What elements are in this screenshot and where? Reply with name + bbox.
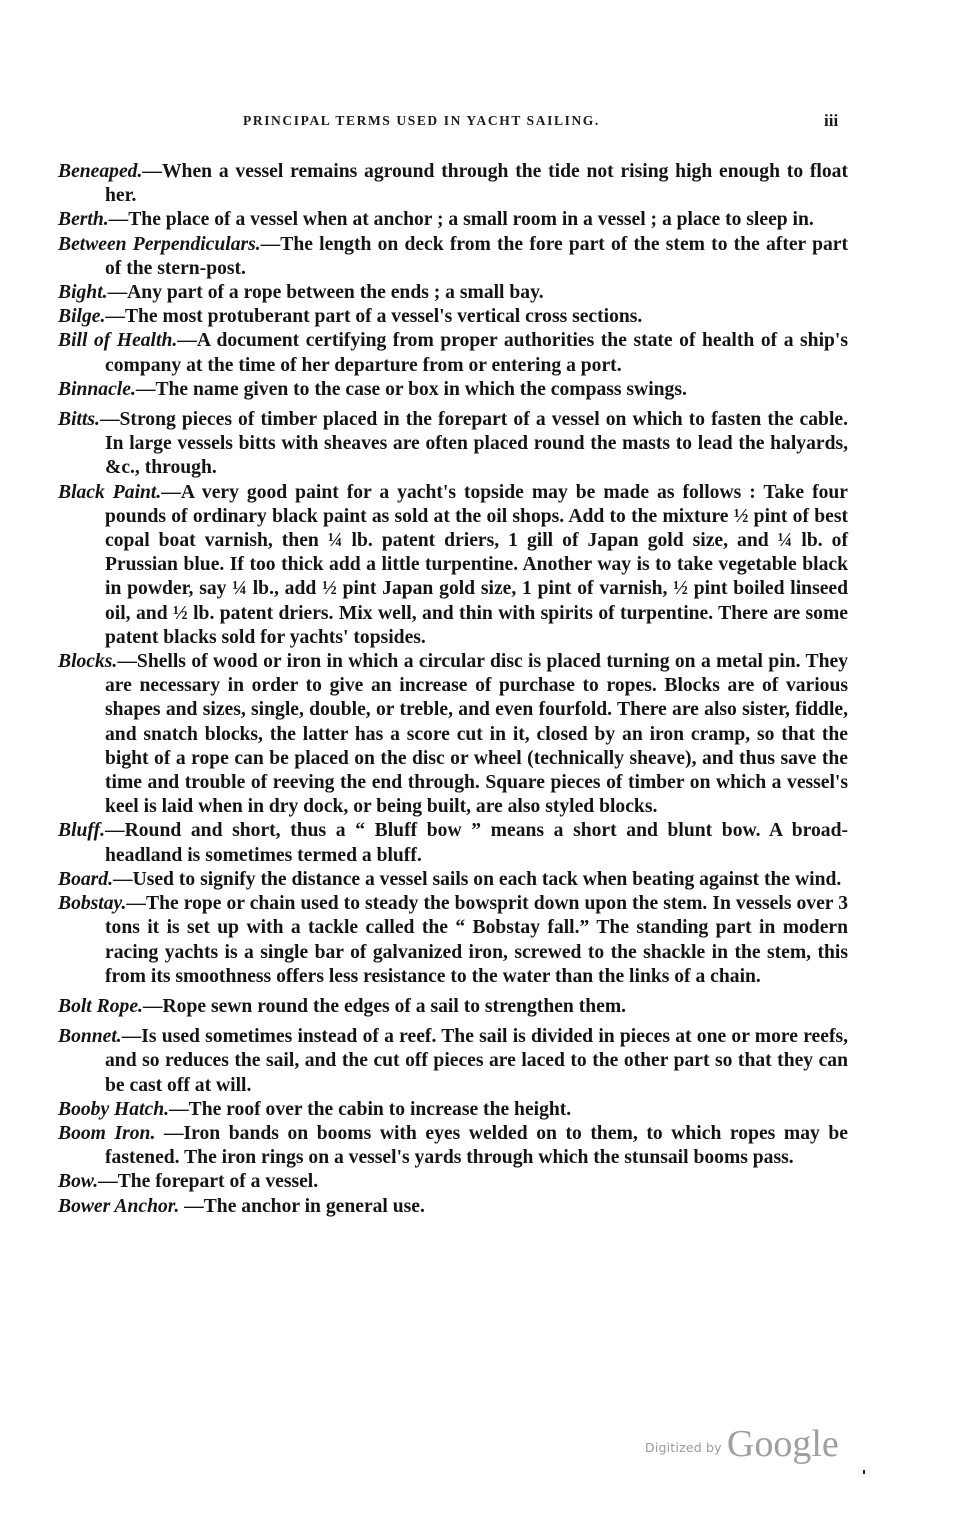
- entry-term: Bonnet.: [58, 1026, 122, 1047]
- entry-term: Boom Iron.: [58, 1123, 155, 1144]
- entry-term: Bobstay.: [58, 893, 126, 914]
- glossary-entry-bluff: Bluff.—Round and short, thus a “ Bluff b…: [58, 819, 848, 867]
- glossary-entry-bobstay: Bobstay.—The rope or chain used to stead…: [58, 892, 848, 989]
- glossary-entry-bill-of-health: Bill of Health.—A document certifying fr…: [58, 329, 848, 377]
- glossary-body: Beneaped.—When a vessel remains aground …: [58, 160, 848, 1219]
- entry-definition: —When a vessel remains aground through t…: [105, 161, 848, 206]
- entry-term: Bight.: [58, 282, 108, 303]
- entry-definition: —The name given to the case or box in wh…: [136, 379, 687, 400]
- entry-term: Blocks.: [58, 651, 117, 672]
- entry-term: Beneaped.: [58, 161, 142, 182]
- glossary-entry-bight: Bight.—Any part of a rope between the en…: [58, 281, 848, 305]
- entry-definition: —Is used sometimes instead of a reef. Th…: [105, 1026, 848, 1095]
- page-number: iii: [824, 111, 838, 131]
- entry-term: Black Paint.: [58, 482, 161, 503]
- digitized-by-google-watermark: Digitized by Google: [645, 1422, 839, 1466]
- entry-term: Bitts.: [58, 409, 100, 430]
- entry-term: Bill of Health.: [58, 330, 177, 351]
- entry-term: Board.: [58, 869, 113, 890]
- entry-definition: —Strong pieces of timber placed in the f…: [100, 409, 848, 478]
- entry-definition: —Iron bands on booms with eyes welded on…: [105, 1123, 848, 1168]
- entry-definition: —A document certifying from proper autho…: [105, 330, 848, 375]
- entry-term: Berth.: [58, 209, 109, 230]
- glossary-entry-binnacle: Binnacle.—The name given to the case or …: [58, 378, 848, 402]
- entry-definition: —The anchor in general use.: [179, 1196, 425, 1217]
- glossary-entry-boom-iron: Boom Iron. —Iron bands on booms with eye…: [58, 1122, 848, 1170]
- entry-definition: —Any part of a rope between the ends ; a…: [108, 282, 544, 303]
- entry-definition: —The rope or chain used to steady the bo…: [105, 893, 848, 987]
- google-logo: Google: [727, 1423, 839, 1465]
- watermark-prefix: Digitized by: [645, 1440, 722, 1455]
- glossary-entry-bilge: Bilge.—The most protuberant part of a ve…: [58, 305, 848, 329]
- entry-term: Bilge.: [58, 306, 105, 327]
- entry-term: Bow.: [58, 1171, 98, 1192]
- entry-definition: —The roof over the cabin to increase the…: [169, 1099, 571, 1120]
- entry-definition: —The place of a vessel when at anchor ; …: [109, 209, 814, 230]
- entry-term: Binnacle.: [58, 379, 136, 400]
- entry-definition: —Used to signify the distance a vessel s…: [113, 869, 841, 890]
- entry-definition: —The most protuberant part of a vessel's…: [105, 306, 642, 327]
- glossary-entry-bow: Bow.—The forepart of a vessel.: [58, 1170, 848, 1194]
- glossary-entry-board: Board.—Used to signify the distance a ve…: [58, 868, 848, 892]
- glossary-entry-bitts: Bitts.—Strong pieces of timber placed in…: [58, 408, 848, 481]
- entry-term: Booby Hatch.: [58, 1099, 169, 1120]
- glossary-entry-bonnet: Bonnet.—Is used sometimes instead of a r…: [58, 1025, 848, 1098]
- scan-speck: [863, 1470, 865, 1474]
- entry-definition: —A very good paint for a yacht's topside…: [105, 482, 848, 648]
- page-header: PRINCIPAL TERMS USED IN YACHT SAILING. i…: [0, 113, 963, 137]
- glossary-entry-bower-anchor: Bower Anchor. —The anchor in general use…: [58, 1195, 848, 1219]
- glossary-entry-booby-hatch: Booby Hatch.—The roof over the cabin to …: [58, 1098, 848, 1122]
- entry-definition: —Rope sewn round the edges of a sail to …: [143, 996, 626, 1017]
- entry-term: Bolt Rope.: [58, 996, 143, 1017]
- glossary-entry-beneaped: Beneaped.—When a vessel remains aground …: [58, 160, 848, 208]
- glossary-entry-between-perpendiculars: Between Perpendiculars.—The length on de…: [58, 233, 848, 281]
- entry-term: Between Perpendiculars.: [58, 234, 261, 255]
- entry-term: Bluff.: [58, 820, 105, 841]
- glossary-entry-black-paint: Black Paint.—A very good paint for a yac…: [58, 481, 848, 650]
- glossary-entry-bolt-rope: Bolt Rope.—Rope sewn round the edges of …: [58, 995, 848, 1019]
- entry-definition: —Shells of wood or iron in which a circu…: [105, 651, 848, 817]
- running-head: PRINCIPAL TERMS USED IN YACHT SAILING.: [243, 113, 600, 129]
- entry-term: Bower Anchor.: [58, 1196, 179, 1217]
- glossary-entry-berth: Berth.—The place of a vessel when at anc…: [58, 208, 848, 232]
- glossary-entry-blocks: Blocks.—Shells of wood or iron in which …: [58, 650, 848, 819]
- entry-definition: —Round and short, thus a “ Bluff bow ” m…: [105, 820, 848, 865]
- entry-definition: —The forepart of a vessel.: [98, 1171, 318, 1192]
